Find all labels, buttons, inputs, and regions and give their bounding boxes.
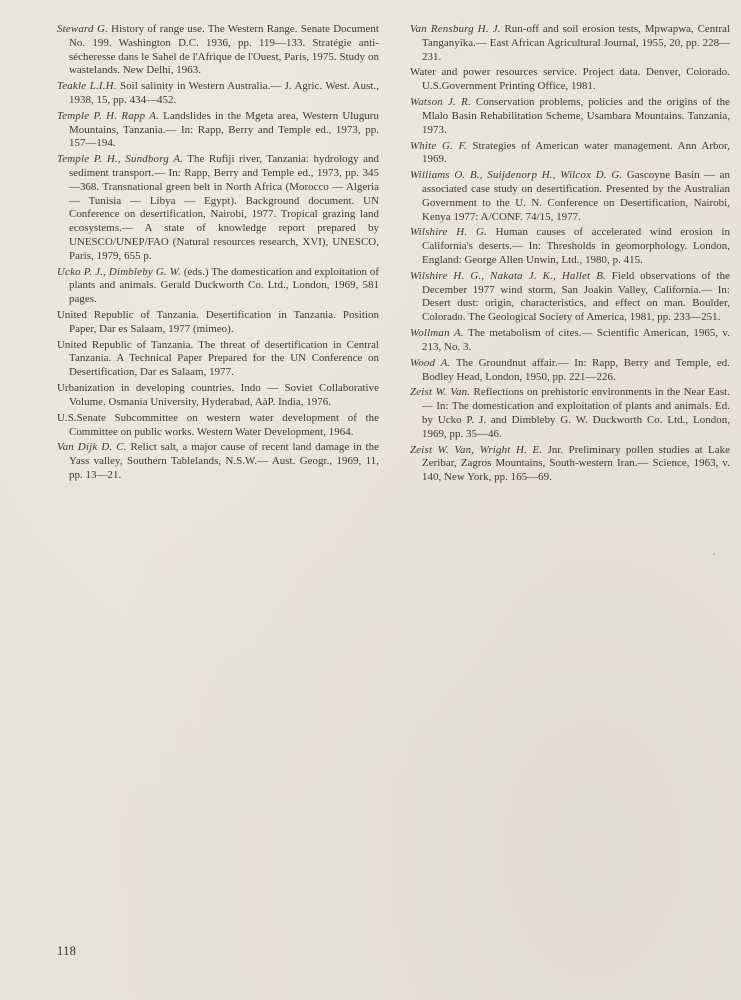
reference-text: Water and power resources service. Proje… [410,66,730,92]
reference-entry: Water and power resources service. Proje… [410,66,730,94]
reference-author: Steward G. [57,23,108,35]
reference-author: Wood A. [410,357,451,369]
reference-entry: Temple P. H. Rapp A. Landslides in the M… [57,110,379,151]
reference-entry: Wilshire H. G. Human causes of accelerat… [410,226,730,267]
reference-text: United Republic of Tanzania. The threat … [57,339,379,379]
reference-text: Strategies of American water management.… [422,140,730,166]
reference-entry: Steward G. History of range use. The Wes… [57,23,379,78]
reference-entry: Ucko P. J., Dimbleby G. W. (eds.) The do… [57,266,379,307]
reference-text: The metabolism of cites.— Scientific Ame… [422,327,730,353]
reference-text: U.S.Senate Subcommittee on western water… [57,412,379,438]
reference-text: Urbanization in developing countries. In… [57,382,379,408]
reference-author: Wilshire H. G. [410,226,487,238]
reference-text: The Groundnut affair.— In: Rapp, Berry a… [422,357,730,383]
reference-author: Williams O. B., Suijdenorp H., Wilcox D.… [410,169,622,181]
reference-entry: Williams O. B., Suijdenorp H., Wilcox D.… [410,169,730,224]
reference-text: The Rufiji river, Tanzania: hydrology an… [69,153,379,261]
reference-entry: White G. F. Strategies of American water… [410,140,730,168]
reference-author: Van Dijk D. C. [57,441,127,453]
reference-entry: U.S.Senate Subcommittee on western water… [57,412,379,440]
reference-author: Ucko P. J., Dimbleby G. W. [57,266,181,278]
reference-entry: Wood A. The Groundnut affair.— In: Rapp,… [410,357,730,385]
reference-entry: Zeist W. Van, Wright H. E. Jnr. Prelimin… [410,444,730,485]
reference-text: History of range use. The Western Range.… [69,23,379,76]
reference-author: Temple P. H., Sundborg A. [57,153,183,165]
paper-speck [713,553,715,555]
reference-text: United Republic of Tanzania. Desertifica… [57,309,379,335]
reference-author: Zeist W. Van. [410,386,470,398]
reference-author: Zeist W. Van, Wright H. E. [410,444,542,456]
reference-entry: Van Dijk D. C. Relict salt, a major caus… [57,441,379,482]
reference-author: Wollman A. [410,327,464,339]
reference-entry: Zeist W. Van. Reflections on prehistoric… [410,386,730,441]
bibliography-column-right: Van Rensburg H. J. Run-off and soil eros… [410,23,730,487]
reference-entry: United Republic of Tanzania. Desertifica… [57,309,379,337]
reference-entry: Wilshire H. G., Nakata J. K., Hallet B. … [410,270,730,325]
reference-entry: Urbanization in developing countries. In… [57,382,379,410]
reference-entry: Wollman A. The metabolism of cites.— Sci… [410,327,730,355]
reference-author: Wilshire H. G., Nakata J. K., Hallet B. [410,270,606,282]
page-number: 118 [57,944,76,959]
reference-author: Temple P. H. Rapp A. [57,110,159,122]
reference-entry: Teakle L.I.H. Soil salinity in Western A… [57,80,379,108]
scanned-page: Steward G. History of range use. The Wes… [0,0,741,1000]
reference-author: Watson J. R. [410,96,471,108]
reference-entry: Watson J. R. Conservation problems, poli… [410,96,730,137]
reference-author: White G. F. [410,140,467,152]
reference-author: Van Rensburg H. J. [410,23,501,35]
bibliography-column-left: Steward G. History of range use. The Wes… [57,23,379,485]
reference-entry: United Republic of Tanzania. The threat … [57,339,379,380]
reference-entry: Temple P. H., Sundborg A. The Rufiji riv… [57,153,379,263]
reference-entry: Van Rensburg H. J. Run-off and soil eros… [410,23,730,64]
reference-author: Teakle L.I.H. [57,80,117,92]
paper-speck [462,22,463,23]
